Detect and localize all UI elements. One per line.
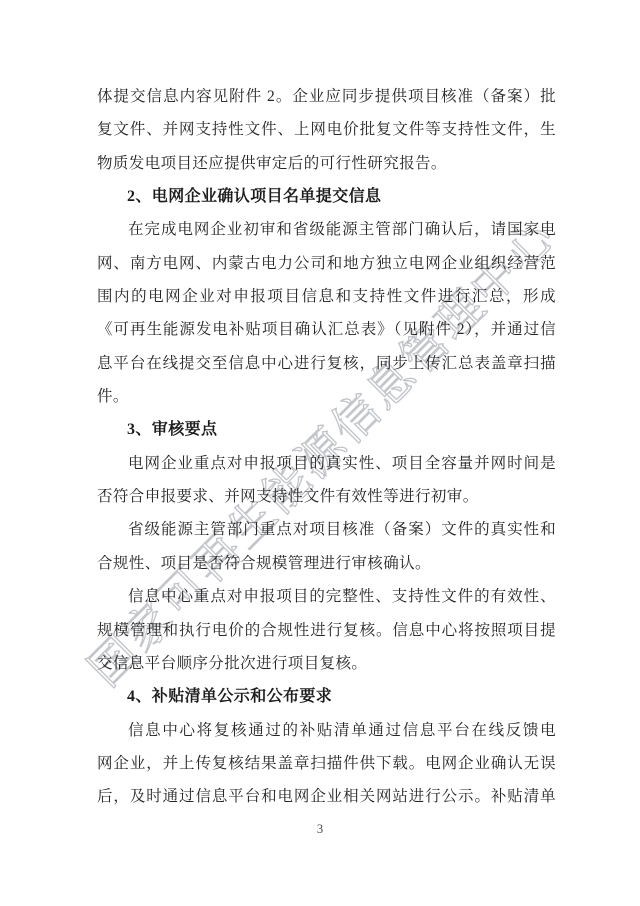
text-block: 体提交信息内容见附件 2。企业应同步提供项目核准（备案）批复文件、并网支持性文件… bbox=[97, 80, 556, 814]
text-line: 电网企业重点对申报项目的真实性、项目全容量并网时间是 bbox=[97, 447, 556, 480]
text-line: 息平台在线提交至信息中心进行复核，同步上传汇总表盖章扫描 bbox=[97, 347, 556, 380]
text-line: 信息中心将复核通过的补贴清单通过信息平台在线反馈电 bbox=[97, 714, 556, 747]
text-line: 否符合申报要求、并网支持性文件有效性等进行初审。 bbox=[97, 480, 556, 513]
page-number: 3 bbox=[0, 822, 640, 837]
text-line: 件。 bbox=[97, 380, 556, 413]
text-line: 复文件、并网支持性文件、上网电价批复文件等支持性文件，生 bbox=[97, 113, 556, 146]
text-line: 《可再生能源发电补贴项目确认汇总表》（见附件 2），并通过信 bbox=[97, 313, 556, 346]
text-line: 后，及时通过信息平台和电网企业相关网站进行公示。补贴清单 bbox=[97, 780, 556, 813]
section-heading: 2、电网企业确认项目名单提交信息 bbox=[97, 180, 556, 213]
text-line: 网、南方电网、内蒙古电力公司和地方独立电网企业组织经营范 bbox=[97, 247, 556, 280]
text-line: 在完成电网企业初审和省级能源主管部门确认后，请国家电 bbox=[97, 213, 556, 246]
text-line: 物质发电项目还应提供审定后的可行性研究报告。 bbox=[97, 147, 556, 180]
text-line: 合规性、项目是否符合规模管理进行审核确认。 bbox=[97, 547, 556, 580]
section-heading: 4、补贴清单公示和公布要求 bbox=[97, 680, 556, 713]
text-line: 网企业，并上传复核结果盖章扫描件供下载。电网企业确认无误 bbox=[97, 747, 556, 780]
text-line: 信息中心重点对申报项目的完整性、支持性文件的有效性、 bbox=[97, 580, 556, 613]
text-line: 规模管理和执行电价的合规性进行复核。信息中心将按照项目提 bbox=[97, 614, 556, 647]
text-line: 省级能源主管部门重点对项目核准（备案）文件的真实性和 bbox=[97, 513, 556, 546]
text-line: 体提交信息内容见附件 2。企业应同步提供项目核准（备案）批 bbox=[97, 80, 556, 113]
section-heading: 3、审核要点 bbox=[97, 413, 556, 446]
document-page: 国家可再生能源信息管理中心 体提交信息内容见附件 2。企业应同步提供项目核准（备… bbox=[0, 0, 640, 906]
text-line: 交信息平台顺序分批次进行项目复核。 bbox=[97, 647, 556, 680]
text-line: 围内的电网企业对申报项目信息和支持性文件进行汇总，形成 bbox=[97, 280, 556, 313]
